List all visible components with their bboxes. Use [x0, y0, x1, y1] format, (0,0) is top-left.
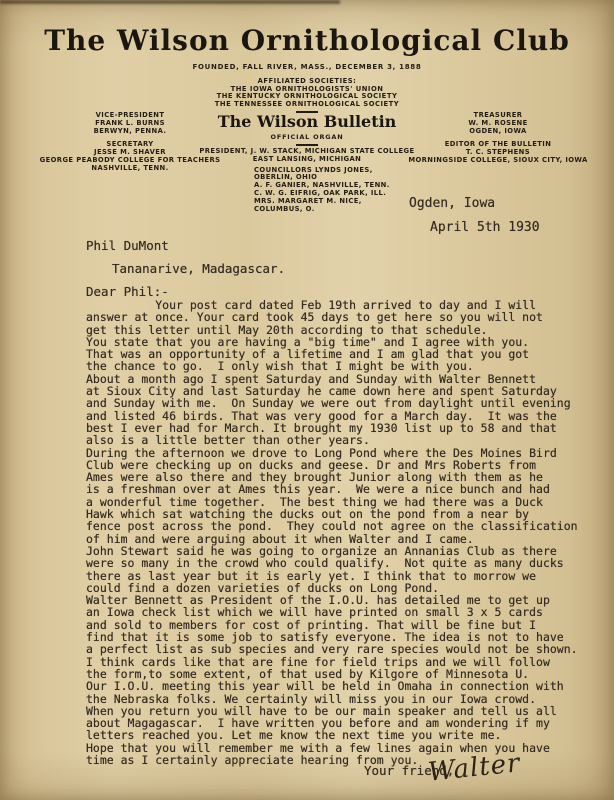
recipient-name: Phil DuMont	[86, 238, 169, 253]
officer-lines: T. C. STEPHENSMORNINGSIDE COLLEGE, SIOUX…	[398, 149, 598, 165]
letter-body-line: the Nebraska folks. We certainly will mi…	[86, 693, 578, 705]
letterhead: The Wilson Ornithological Club FOUNDED, …	[0, 0, 614, 210]
founded-line: FOUNDED, FALL RIVER, MASS., DECEMBER 3, …	[0, 63, 614, 71]
letter-date: April 5th 1930	[430, 220, 540, 235]
officers-right-column: TREASURER W. M. ROSENEOGDEN, IOWA EDITOR…	[398, 112, 598, 171]
letter-body-line: Our I.O.U. meeting this year will be hel…	[86, 680, 578, 692]
recipient-address: Tananarive, Madagascar.	[112, 261, 285, 276]
letter-body-line: were so many in the crowd who could qual…	[86, 557, 578, 569]
officer-lines: W. M. ROSENEOGDEN, IOWA	[398, 120, 598, 136]
letter-body-line: is a freshman over at Ames this year. We…	[86, 483, 578, 495]
letter-body: Your post card dated Feb 19th arrived to…	[86, 299, 578, 766]
councillor-line: COUNCILLORS LYNDS JONES, OBERLIN, OHIO	[212, 167, 402, 183]
affiliated-society-list: THE IOWA ORNITHOLOGISTS' UNIONTHE KENTUC…	[0, 86, 614, 109]
letter-body-line: an Iowa check list which we will have pr…	[86, 606, 578, 618]
affiliated-society: THE TENNESSEE ORNITHOLOGICAL SOCIETY	[0, 101, 614, 109]
club-name: The Wilson Ornithological Club	[0, 24, 614, 57]
letter-body-line: answer at once. Your card took 45 days t…	[86, 311, 578, 323]
officer-line: OGDEN, IOWA	[398, 128, 598, 136]
letter-body-line: the chance to go. I only wish that I mig…	[86, 360, 578, 372]
letter-body-line: fence post across the pond. They could n…	[86, 520, 578, 532]
letter-body-line: a perfect list as sub species and very r…	[86, 643, 578, 655]
affiliated-societies: AFFILIATED SOCIETIES: THE IOWA ORNITHOLO…	[0, 78, 614, 115]
letter-body-line: During the afternoon we drove to Long Po…	[86, 447, 578, 459]
councillors-list: COUNCILLORS LYNDS JONES, OBERLIN, OHIOA.…	[212, 167, 402, 214]
letter-place: Ogden, Iowa	[409, 196, 495, 211]
scanned-letter-page: The Wilson Ornithological Club FOUNDED, …	[0, 0, 614, 800]
letter-body-line: letters reached you. Let me know the nex…	[86, 729, 578, 741]
letter-body-line: and Sunday with me. On Sunday we were ou…	[86, 397, 578, 409]
letter-body-line: there as last year but it is early yet. …	[86, 570, 578, 582]
councillor-line: MRS. MARGARET M. NICE, COLUMBUS, O.	[212, 198, 402, 214]
officer-treasurer: TREASURER W. M. ROSENEOGDEN, IOWA	[398, 112, 598, 135]
salutation: Dear Phil:-	[86, 284, 169, 299]
divider-rule	[296, 144, 318, 146]
letter-body-line: also is a little better than other years…	[86, 434, 578, 446]
officer-editor: EDITOR OF THE BULLETIN T. C. STEPHENSMOR…	[398, 141, 598, 164]
officer-line: MORNINGSIDE COLLEGE, SIOUX CITY, IOWA	[398, 157, 598, 165]
